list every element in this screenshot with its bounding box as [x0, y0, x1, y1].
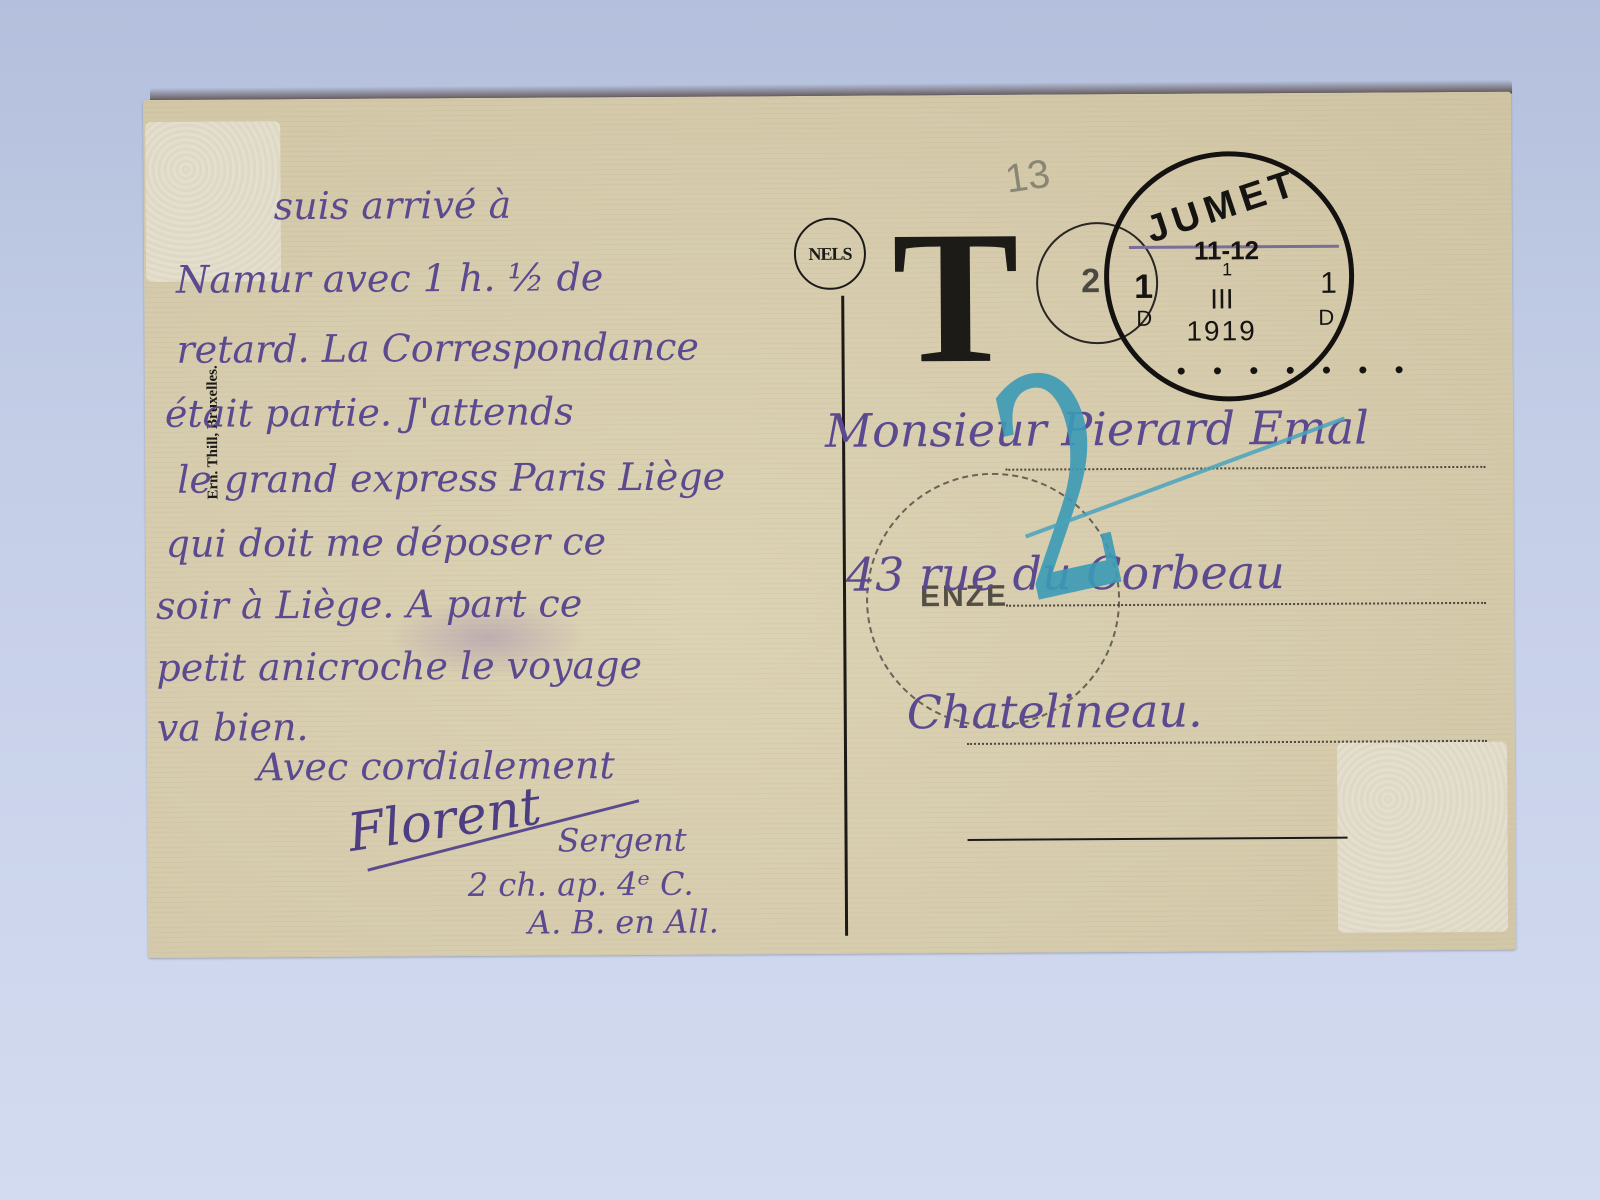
- postmark-dots: • • • • • • •: [1177, 354, 1414, 386]
- center-divider-line: [841, 296, 848, 936]
- rank: Sergent: [557, 821, 686, 860]
- postmark-left-code: 1: [1134, 268, 1153, 307]
- message-line: était partie. J'attends: [165, 389, 574, 435]
- address-rule-4: [968, 837, 1348, 841]
- message-line: Namur avec 1 h. ½ de: [176, 255, 604, 302]
- postmark-left-letter: D: [1136, 306, 1152, 332]
- address-city: Chatelineau.: [907, 684, 1203, 740]
- postmark-month: III: [1210, 283, 1234, 315]
- postmark-right-letter: D: [1318, 305, 1334, 331]
- message-line: petit anicroche le voyage: [156, 643, 642, 690]
- message-line: retard. La Correspondance: [176, 325, 699, 372]
- publisher-logo-icon: NELS: [794, 218, 866, 290]
- postcard: Ern. Thill, Bruxelles. NELS 13 T 2 JUMET…: [143, 92, 1516, 958]
- message-line: suis arrivé à: [274, 183, 512, 228]
- unit-line-2: A. B. en All.: [528, 902, 719, 941]
- message-closing: Avec cordialement: [257, 743, 615, 789]
- postmark-right-code: 1: [1320, 267, 1337, 301]
- unit-line-1: 2 ch. ap. 4ᵉ C.: [468, 865, 694, 904]
- postmark-year: 1919: [1186, 315, 1256, 347]
- message-line: va bien.: [157, 705, 309, 750]
- message-line: qui doit me déposer ce: [166, 519, 607, 566]
- postmark-day: 1: [1222, 259, 1232, 280]
- tax-circle-number: 2: [1081, 262, 1100, 301]
- message-line: le grand express Paris Liège: [177, 454, 725, 501]
- worn-patch-bottom-right: [1337, 742, 1508, 933]
- message-line: soir à Liège. A part ce: [156, 581, 582, 628]
